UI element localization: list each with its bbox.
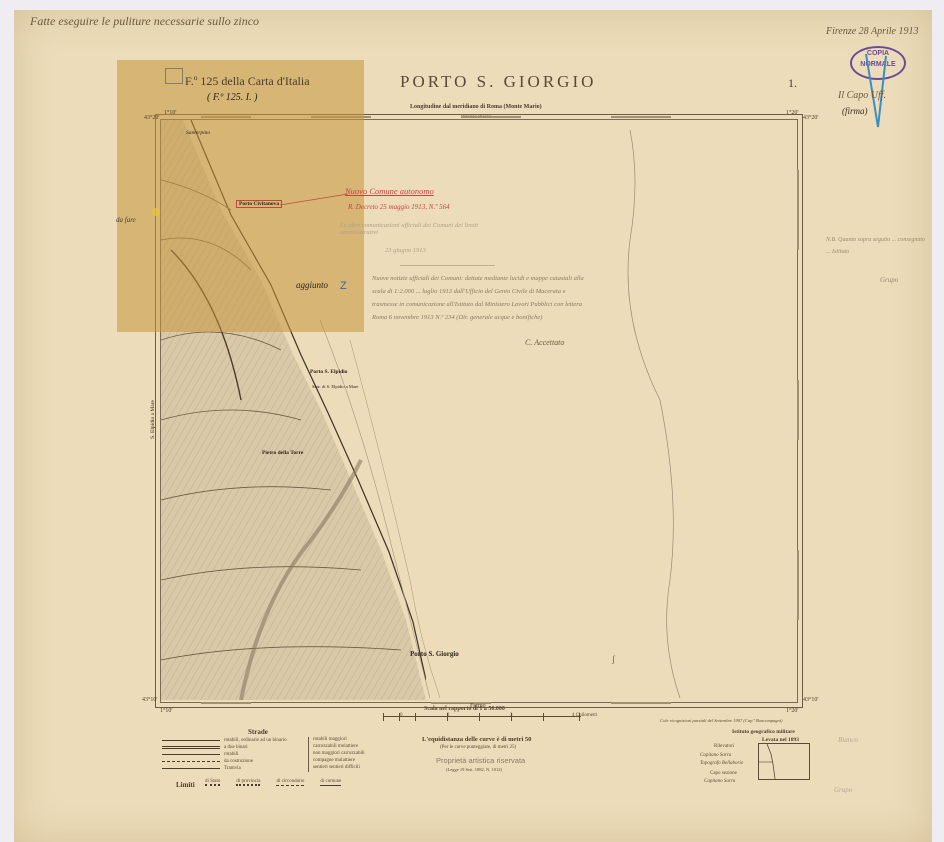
main-handwritten-note: Nuove notizie ufficiali dei Comuni: dett…: [372, 272, 592, 324]
place-label: Santerpino: [186, 130, 210, 136]
corner-bottom-right-lon: 1°20': [786, 708, 798, 714]
place-label: Porto S. Elpidio: [310, 369, 347, 375]
overlay-sublabel: ( F.º 125. I. ): [207, 92, 257, 103]
legend-row: compagne mulattiere: [313, 758, 393, 765]
equidistance-subnote: (Per le curve punteggiate, di metri 25): [440, 745, 516, 750]
yellow-marker-icon: [152, 208, 160, 216]
place-label: Porto S. Giorgio: [410, 650, 459, 658]
map-title: PORTO S. GIORGIO: [400, 72, 596, 92]
red-note-line-1: Nuovo Comune autonomo: [345, 186, 434, 196]
equidistance-note: L'equidistanza delle curve è di metri 50: [422, 736, 531, 743]
date-note: Firenze 28 Aprile 1913: [826, 26, 919, 37]
scale-label: Scala nel rapporto di 1 a 50.000: [424, 706, 505, 712]
legend-row: a due binari: [224, 745, 248, 750]
main-note-signature: C. Accettato: [525, 338, 564, 347]
signature: (firma): [842, 106, 868, 116]
legend-limit: di Stato: [205, 779, 220, 786]
overlay-handwriting: aggiunto: [296, 280, 328, 290]
pencil-note-date: 23 giugno 1913: [385, 247, 426, 254]
corner-top-left-lon: 1°10': [164, 110, 176, 116]
legend-strade-title: Strade: [248, 728, 268, 736]
legend-row: rotabili, ordinarie ad un binario: [224, 738, 287, 743]
legend-row: sentieri sentieri difficili: [313, 765, 393, 772]
legend-limit: di circondario: [276, 779, 304, 786]
place-label: S. Elpidio a Mare: [150, 400, 156, 439]
sheet-number: 1.: [788, 76, 797, 91]
legend-limit: di comune: [320, 779, 341, 786]
scale-bar: [383, 716, 581, 721]
legend-row: Tramvia: [224, 766, 241, 771]
corner-bottom-left-lon: 1°10': [160, 708, 172, 714]
surveyors-title: Rilevatori: [714, 744, 734, 749]
legend-row: rotabili maggiori: [313, 737, 393, 744]
grid-index-icon: [165, 68, 183, 84]
corner-bottom-left-lat: 43°10': [142, 697, 157, 703]
left-margin-note: da fare: [116, 216, 136, 224]
survey-note: Cole ricognizioni parziali del Settembre…: [660, 718, 782, 723]
right-margin-note: N.B. Quanto sopra seguito ... consegnato…: [826, 234, 926, 258]
surveyor-2: Topografo Bellaborio: [700, 761, 743, 766]
copyright-subnote: (Legge 19 Sett. 1882, N. 1012): [446, 767, 502, 772]
signature-title: Il Capo Uff.: [838, 90, 886, 101]
legend-paths: rotabili maggiori carrozzabili mulattier…: [308, 737, 393, 772]
chief: Capitano Sarra: [704, 779, 735, 784]
red-leader-line: [280, 190, 350, 210]
legend-row: rotabili: [224, 752, 238, 757]
longitude-subtitle: Longitudine dal meridiano di Roma (Monte…: [410, 104, 542, 110]
legend-row: da costruzione: [224, 759, 253, 764]
scale-tick-3: 3: [510, 713, 513, 718]
place-label: Pietro della Torre: [262, 450, 303, 456]
copyright-note: Proprietà artistica riservata: [436, 756, 525, 765]
scale-tick-2: 2: [447, 713, 450, 718]
corner-top-right-lon: 1°20': [786, 110, 798, 116]
scale-unit: 4 Chilometri: [572, 713, 597, 718]
pencil-note: Le altre comunicazioni ufficiali dei Com…: [340, 222, 500, 236]
corner-top-left-lat: 43°20': [144, 115, 159, 121]
scale-tick-1: 0: [400, 713, 403, 718]
corner-bottom-right-lat: 43°10': [803, 697, 818, 703]
overlay-sheet-label: F.º 125 della Carta d'Italia: [185, 74, 310, 89]
place-label: Staz. di S. Elpidio a Mare: [312, 384, 358, 389]
bottom-right-pencil-1: Bianco: [838, 736, 858, 744]
surveyor-1: Capitano Sarra: [700, 753, 731, 758]
right-margin-signature: Grupo: [880, 276, 898, 284]
institute-name: Istituto geografico militare: [732, 729, 795, 735]
legend-limit: di provincia: [236, 779, 260, 786]
blue-mark: Z: [340, 280, 347, 292]
legend-limiti-title: Limiti: [176, 781, 195, 789]
legend-row: carrozzabili mulattiere: [313, 744, 393, 751]
top-left-handwritten-note: Fatte eseguire le puliture necessarie su…: [30, 14, 259, 29]
corner-top-right-lat: 43°20': [803, 115, 818, 121]
place-label-highlighted: Porto Civitanova: [236, 200, 282, 208]
bottom-right-pencil-2: Grupo: [834, 786, 852, 794]
index-inset-map: [758, 743, 810, 780]
chief-title: Capo sezione: [710, 771, 737, 776]
legend-row: non maggiori carrozzabili: [313, 751, 393, 758]
divider: [400, 265, 495, 266]
legend-limits: di Stato di provincia di circondario di …: [205, 779, 341, 786]
red-note-line-2: R. Decreto 25 maggio 1913, N.º 564: [348, 203, 450, 211]
pencil-mark: ʃ: [612, 654, 615, 664]
